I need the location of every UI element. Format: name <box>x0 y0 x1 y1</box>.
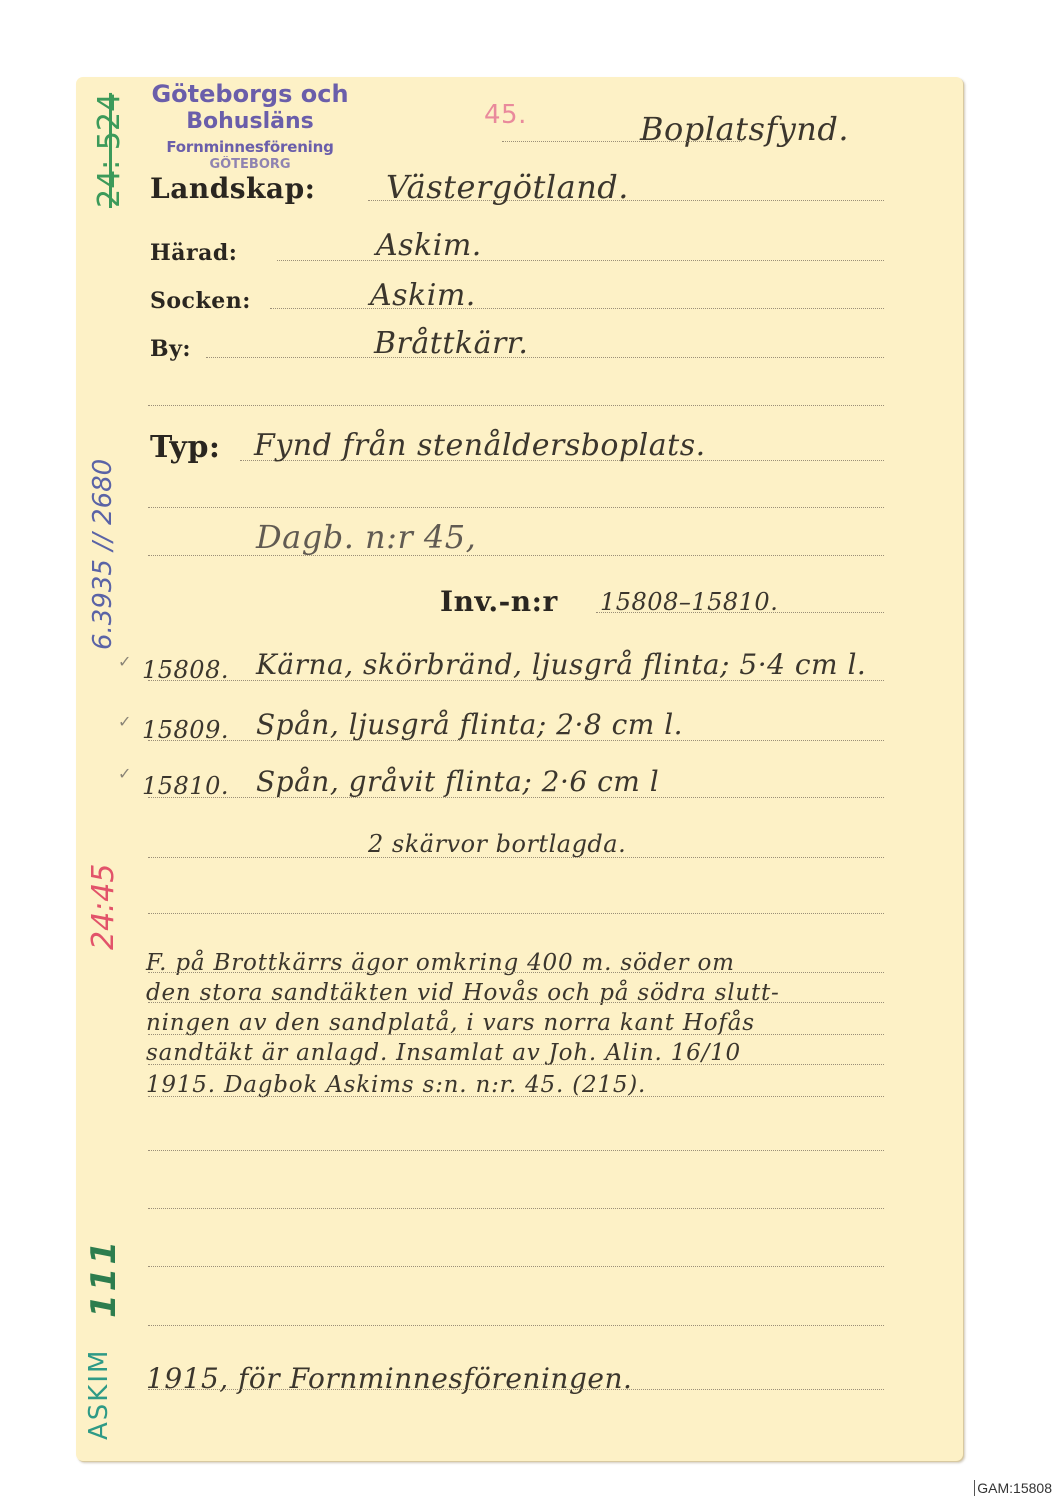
value-harad: Askim. <box>376 228 482 263</box>
dotted-line <box>148 680 884 681</box>
item-text: Spån, ljusgrå flinta; 2·8 cm l. <box>256 708 683 741</box>
dotted-line <box>148 1150 884 1151</box>
dotted-line <box>148 507 884 508</box>
dotted-line <box>148 972 884 973</box>
label-socken: Socken: <box>150 288 251 314</box>
note-discarded: 2 skärvor bortlagda. <box>368 830 626 858</box>
dotted-line <box>148 1096 884 1097</box>
dotted-line <box>148 1266 884 1267</box>
dotted-line <box>148 740 884 741</box>
description-line: 1915. Dagbok Askims s:n. n:r. 45. (215). <box>146 1072 646 1098</box>
dotted-line <box>277 260 884 261</box>
dotted-line <box>148 555 884 556</box>
stamp-line-3: Fornminnesförening <box>140 136 360 158</box>
acquisition-note: 1915, för Fornminnesföreningen. <box>146 1362 632 1395</box>
label-typ: Typ: <box>150 430 221 465</box>
dotted-line <box>148 1064 884 1065</box>
checkmark-icon: ✓ <box>118 652 131 671</box>
value-landskap: Västergötland. <box>386 168 629 206</box>
archive-id: GAM:15808 <box>974 1480 1052 1496</box>
dotted-line <box>206 357 884 358</box>
value-inv: 15808–15810. <box>600 588 778 616</box>
margin-blue-ref: 6.3935 // 2680 <box>88 459 118 650</box>
red-number: 45. <box>484 100 527 130</box>
margin-parish-code: ASKIM <box>84 1349 114 1440</box>
stamp-line-2: Bohusläns <box>140 108 360 136</box>
dotted-line <box>148 913 884 914</box>
checkmark-icon: ✓ <box>118 764 131 783</box>
dotted-line <box>148 1325 884 1326</box>
item-text: Spån, gråvit flinta; 2·6 cm l <box>256 765 659 798</box>
value-dagbok: Dagb. n:r 45, <box>256 518 476 556</box>
margin-parish-marks: 111 <box>84 1238 124 1318</box>
margin-green-struck-ref: 24: 524 <box>92 93 127 208</box>
dotted-line <box>148 1002 884 1003</box>
label-inv: Inv.-n:r <box>440 585 558 618</box>
society-stamp: Göteborgs och Bohusläns Fornminnesföreni… <box>140 80 360 172</box>
item-number: 15810. <box>142 772 229 800</box>
dotted-line <box>148 797 884 798</box>
dotted-line <box>148 1208 884 1209</box>
category-title: Boplatsfynd. <box>640 110 849 148</box>
dotted-line <box>502 141 742 142</box>
value-socken: Askim. <box>370 278 476 313</box>
label-by: By: <box>150 336 191 362</box>
value-typ: Fynd från stenåldersboplats. <box>254 428 706 463</box>
dotted-line <box>270 308 884 309</box>
label-landskap: Landskap: <box>150 172 316 205</box>
margin-red-ref: 24:45 <box>86 864 121 950</box>
value-by: Bråttkärr. <box>374 326 528 361</box>
stamp-line-1: Göteborgs och <box>140 80 360 108</box>
dotted-line <box>148 857 884 858</box>
checkmark-icon: ✓ <box>118 712 131 731</box>
dotted-line <box>148 1034 884 1035</box>
dotted-line <box>148 1389 884 1390</box>
item-text: Kärna, skörbränd, ljusgrå flinta; 5·4 cm… <box>256 648 866 681</box>
description-line: ningen av den sandplatå, i vars norra ka… <box>146 1010 755 1036</box>
description-line: sandtäkt är anlagd. Insamlat av Joh. Ali… <box>146 1040 741 1066</box>
label-harad: Härad: <box>150 240 237 266</box>
dotted-line <box>148 405 884 406</box>
stamp-line-4: GÖTEBORG <box>140 158 360 172</box>
